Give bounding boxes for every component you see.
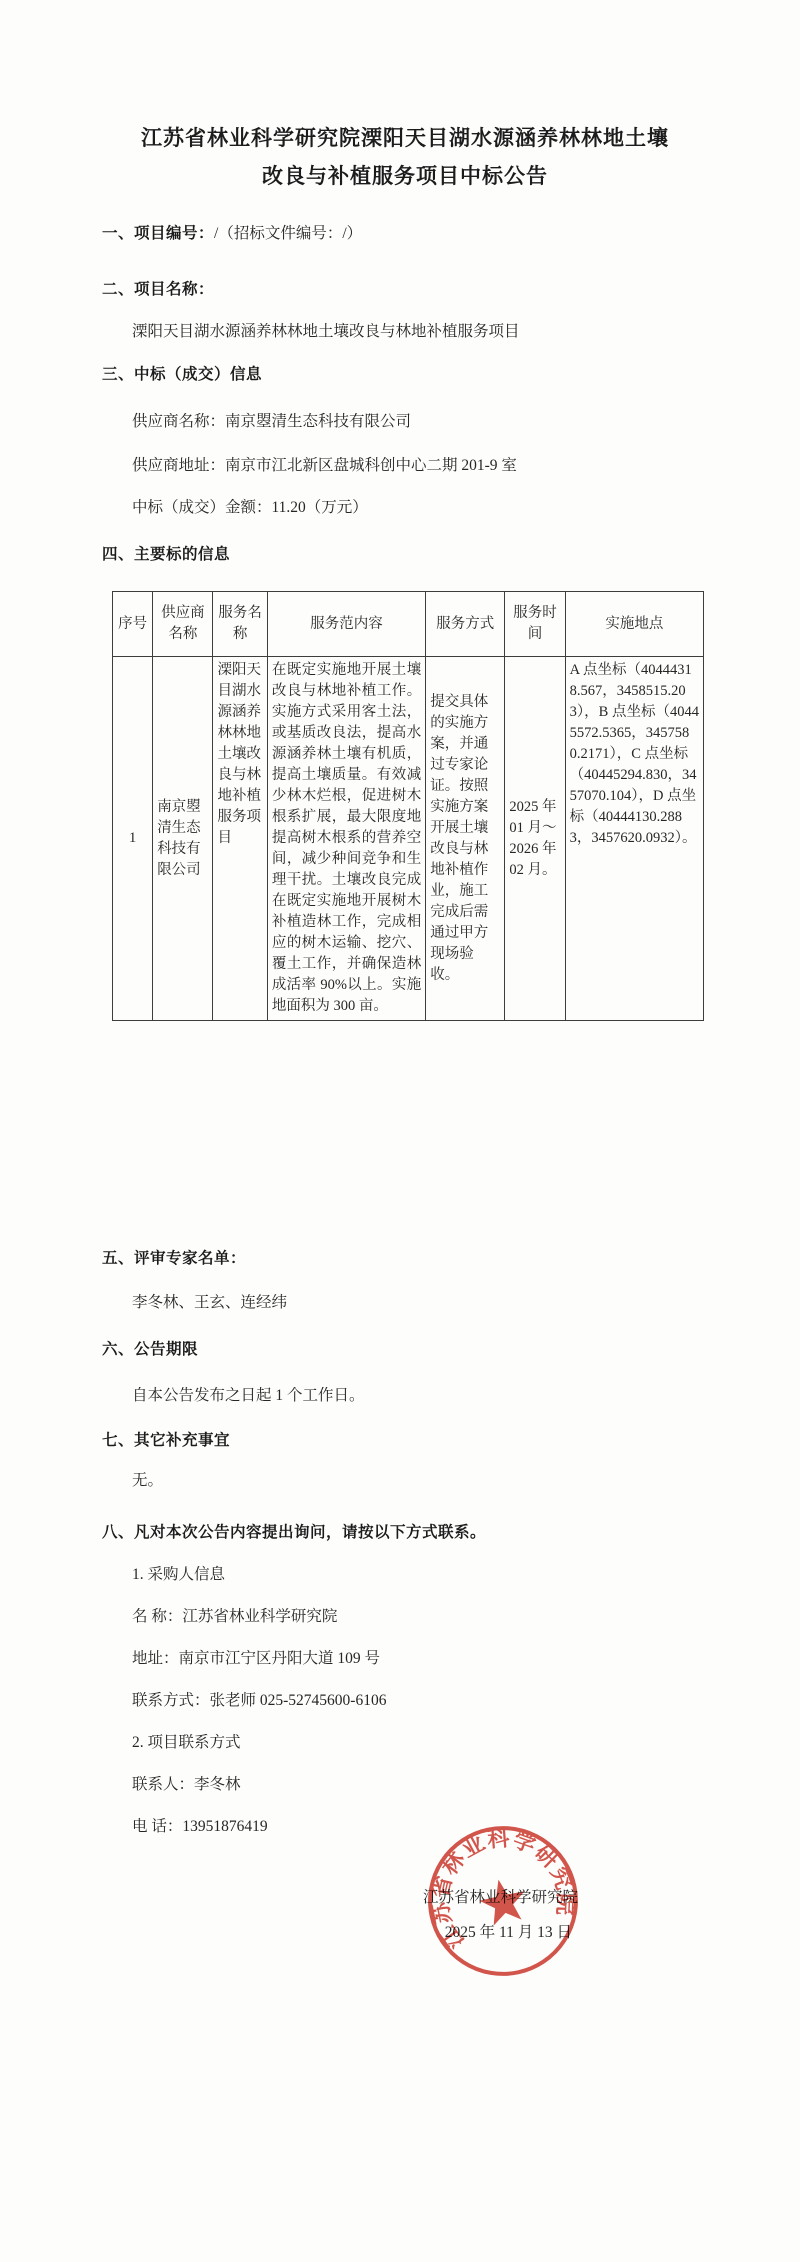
supplier-address-line: 供应商地址：南京市江北新区盘城科创中心二期 201-9 室 [132, 455, 708, 476]
supplier-name-line: 供应商名称：南京曌清生态科技有限公司 [132, 411, 708, 432]
page-content: 江苏省林业科学研究院溧阳天目湖水源涵养林林地土壤 改良与补植服务项目中标公告 一… [0, 0, 800, 1942]
section-2-heading: 二、项目名称： [102, 280, 708, 300]
header-service-time: 服务时间 [505, 592, 565, 657]
section-1-heading: 一、项目编号：/（招标文件编号：/） [102, 224, 708, 244]
table-row: 1 南京曌清生态科技有限公司 溧阳天目湖水源涵养林林地土壤改良与林地补植服务项目… [113, 657, 704, 1021]
cell-location: A 点坐标（40444318.567，3458515.203），B 点坐标（40… [565, 657, 703, 1021]
supplementary-note: 无。 [132, 1470, 708, 1491]
project-number-value: /（招标文件编号：/） [214, 225, 362, 242]
project-contact-label: 2. 项目联系方式 [132, 1732, 708, 1753]
purchaser-contact-line: 联系方式：张老师 025-52745600-6106 [132, 1690, 708, 1711]
cell-supplier: 南京曌清生态科技有限公司 [153, 657, 213, 1021]
contact-phone-line: 电 话：13951876419 [132, 1816, 708, 1837]
title-line-2: 改良与补植服务项目中标公告 [262, 165, 548, 188]
header-no: 序号 [113, 592, 153, 657]
section-5-heading: 五、评审专家名单： [102, 1249, 708, 1269]
header-service-scope: 服务范内容 [267, 592, 425, 657]
section-6-heading: 六、公告期限 [102, 1340, 708, 1360]
announcement-period: 自本公告发布之日起 1 个工作日。 [132, 1385, 708, 1406]
section-4-heading: 四、主要标的信息 [102, 545, 708, 565]
purchaser-info-label: 1. 采购人信息 [132, 1564, 708, 1585]
section-8-heading: 八、凡对本次公告内容提出询问，请按以下方式联系。 [102, 1523, 708, 1543]
section-1-label: 一、项目编号： [102, 225, 214, 242]
cell-service-mode: 提交具体的实施方案，并通过专家论证。按照实施方案开展土壤改良与林地补植作业，施工… [426, 657, 505, 1021]
project-name: 溧阳天目湖水源涵养林林地土壤改良与林地补植服务项目 [132, 321, 708, 342]
award-amount-line: 中标（成交）金额：11.20（万元） [132, 497, 708, 518]
expert-list: 李冬林、王玄、连经纬 [132, 1292, 708, 1313]
header-supplier: 供应商名称 [153, 592, 213, 657]
table-header-row: 序号 供应商名称 服务名称 服务范内容 服务方式 服务时间 实施地点 [113, 592, 704, 657]
main-table: 序号 供应商名称 服务名称 服务范内容 服务方式 服务时间 实施地点 1 南京曌… [112, 591, 704, 1021]
header-service-mode: 服务方式 [426, 592, 505, 657]
scanned-announcement-page: 江苏省林业科学研究院溧阳天目湖水源涵养林林地土壤 改良与补植服务项目中标公告 一… [0, 0, 800, 2262]
section-3-heading: 三、中标（成交）信息 [102, 365, 708, 385]
cell-service-name: 溧阳天目湖水源涵养林林地土壤改良与林地补植服务项目 [213, 657, 267, 1021]
header-location: 实施地点 [565, 592, 703, 657]
section-7-heading: 七、其它补充事宜 [102, 1431, 708, 1451]
title-line-1: 江苏省林业科学研究院溧阳天目湖水源涵养林林地土壤 [141, 127, 669, 150]
signature-org: 江苏省林业科学研究院 [102, 1885, 708, 1907]
cell-service-time: 2025 年 01 月～2026 年 02 月。 [505, 657, 565, 1021]
header-service-name: 服务名称 [213, 592, 267, 657]
cell-no: 1 [113, 657, 153, 1021]
document-title: 江苏省林业科学研究院溧阳天目湖水源涵养林林地土壤 改良与补植服务项目中标公告 [102, 0, 708, 196]
purchaser-address-line: 地址：南京市江宁区丹阳大道 109 号 [132, 1648, 708, 1669]
cell-service-scope: 在既定实施地开展土壤改良与林地补植工作。实施方式采用客土法，或基质改良法，提高水… [267, 657, 425, 1021]
signature-date: 2025 年 11 月 13 日 [102, 1920, 708, 1942]
purchaser-name-line: 名 称：江苏省林业科学研究院 [132, 1606, 708, 1627]
contact-person-line: 联系人：李冬林 [132, 1774, 708, 1795]
